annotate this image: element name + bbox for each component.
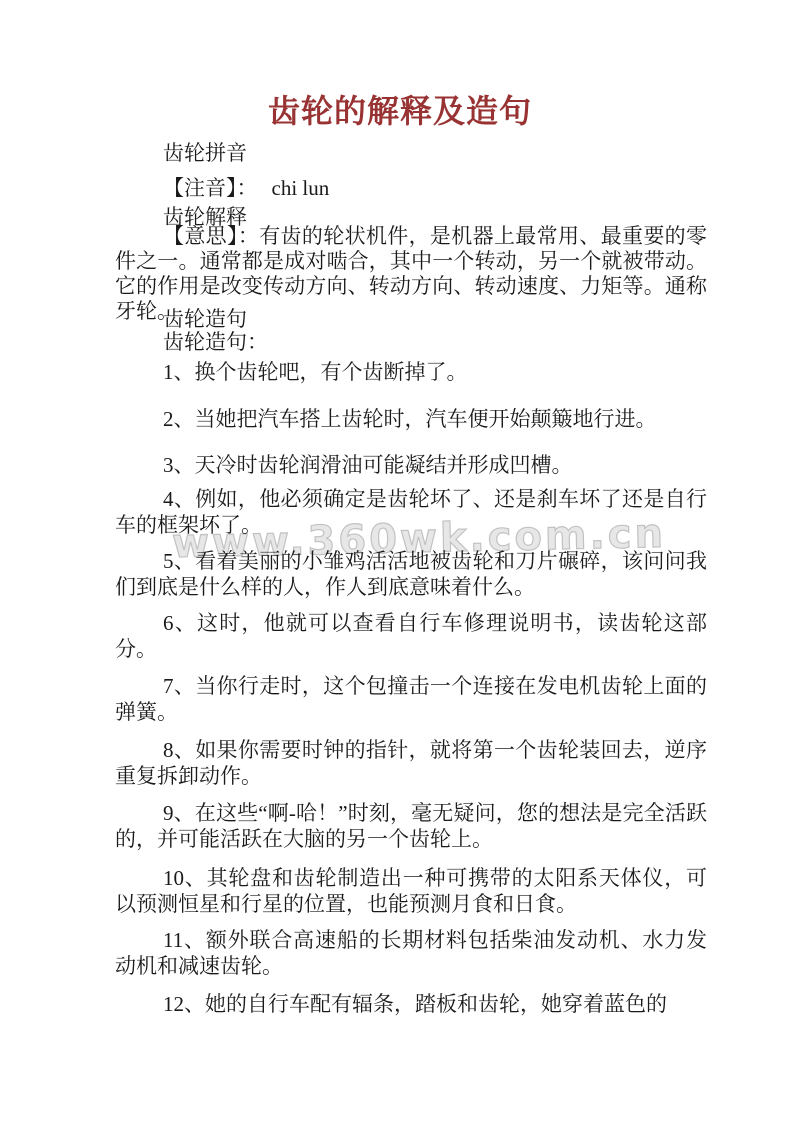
- sentence-item: 8、如果你需要时钟的指针，就将第一个齿轮装回去，逆序重复拆卸动作。: [115, 737, 707, 789]
- sentence-text: 这时，他就可以查看自行车修理说明书，读齿轮这部分。: [115, 611, 707, 661]
- section-label-pinyin: 齿轮拼音: [115, 140, 707, 166]
- zhuyin-term: 【注音】：: [163, 176, 258, 200]
- sentence-item: 4、例如，他必须确定是齿轮坏了、还是刹车坏了还是自行车的框架坏了。: [115, 486, 707, 538]
- sentence-item: 5、看着美丽的小雏鸡活活地被齿轮和刀片碾碎，该问问我们到底是什么样的人，作人到底…: [115, 548, 707, 600]
- sentence-text: 看着美丽的小雏鸡活活地被齿轮和刀片碾碎，该问问我们到底是什么样的人，作人到底意味…: [115, 549, 707, 599]
- sentence-text: 当你行走时，这个包撞击一个连接在发电机齿轮上面的弹簧。: [115, 674, 707, 724]
- sentence-item: 3、天冷时齿轮润滑油可能凝结并形成凹槽。: [115, 452, 707, 478]
- sentence-item: 7、当你行走时，这个包撞击一个连接在发电机齿轮上面的弹簧。: [115, 673, 707, 725]
- sentence-number: 7、: [163, 674, 195, 698]
- sentence-number: 9、: [163, 801, 195, 825]
- sentence-item: 12、她的自行车配有辐条，踏板和齿轮，她穿着蓝色的: [115, 991, 707, 1017]
- sentence-item: 10、其轮盘和齿轮制造出一种可携带的太阳系天体仪，可以预测恒星和行星的位置，也能…: [115, 865, 707, 917]
- sentence-number: 5、: [163, 549, 195, 573]
- section-label-zaoju: 齿轮造句: [115, 308, 707, 331]
- section-label-zaoju-colon: 齿轮造句：: [115, 331, 707, 354]
- sentence-item: 9、在这些“啊-哈！”时刻，毫无疑问，您的想法是完全活跃的，并可能活跃在大脑的另…: [115, 800, 707, 852]
- sentence-text: 例如，他必须确定是齿轮坏了、还是刹车坏了还是自行车的框架坏了。: [115, 487, 707, 537]
- sentence-text: 当她把汽车搭上齿轮时，汽车便开始颠簸地行进。: [195, 407, 657, 431]
- sentence-text: 如果你需要时钟的指针，就将第一个齿轮装回去，逆序重复拆卸动作。: [115, 738, 707, 788]
- sentence-number: 4、: [163, 487, 195, 511]
- sentence-text: 在这些“啊-哈！”时刻，毫无疑问，您的想法是完全活跃的，并可能活跃在大脑的另一个…: [115, 801, 707, 851]
- document-body: 齿轮拼音 【注音】：chi lun 齿轮解释 【意思】：有齿的轮状机件，是机器上…: [115, 140, 707, 1017]
- sentence-item: 11、额外联合高速船的长期材料包括柴油发动机、水力发动机和减速齿轮。: [115, 927, 707, 979]
- document-page: www.360wk.com.cn 齿轮的解释及造句 齿轮拼音 【注音】：chi …: [0, 0, 800, 1132]
- sentence-number: 3、: [163, 453, 195, 477]
- sentence-text: 换个齿轮吧，有个齿断掉了。: [195, 360, 468, 384]
- sentence-number: 2、: [163, 407, 195, 431]
- sentence-number: 6、: [163, 611, 197, 635]
- page-title: 齿轮的解释及造句: [0, 0, 800, 130]
- sentence-number: 12、: [163, 992, 205, 1016]
- line-zhuyin: 【注音】：chi lun: [115, 175, 707, 201]
- sentence-item: 1、换个齿轮吧，有个齿断掉了。: [115, 359, 707, 385]
- zhuyin-value: chi lun: [272, 176, 330, 200]
- sentence-text: 她的自行车配有辐条，踏板和齿轮，她穿着蓝色的: [205, 992, 667, 1016]
- sentence-text: 天冷时齿轮润滑油可能凝结并形成凹槽。: [195, 453, 573, 477]
- sentence-item: 2、当她把汽车搭上齿轮时，汽车便开始颠簸地行进。: [115, 406, 707, 432]
- sentence-item: 6、这时，他就可以查看自行车修理说明书，读齿轮这部分。: [115, 610, 707, 662]
- sentence-number: 8、: [163, 738, 195, 762]
- sentence-number: 1、: [163, 360, 195, 384]
- meaning-term: 【意思】：: [163, 224, 259, 248]
- sentence-number: 11、: [163, 928, 206, 952]
- sentence-number: 10、: [163, 866, 207, 890]
